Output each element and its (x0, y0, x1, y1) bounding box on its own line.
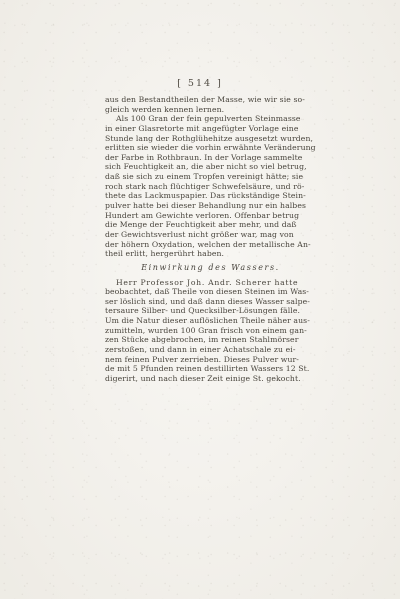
page-number: [ 514 ] (0, 78, 400, 89)
text-line: zerstoßen, und dann in einer Achatschale… (105, 345, 316, 355)
text-line: nem feinen Pulver zerrieben. Dieses Pulv… (105, 355, 316, 365)
text-line: roch stark nach flüchtiger Schwefelsäure… (105, 182, 316, 192)
text-line: pulver hatte bei dieser Behandlung nur e… (105, 201, 316, 211)
text-line: digerirt, und nach dieser Zeit einige St… (105, 374, 316, 384)
text-line: theil erlitt, hergerührt haben. (105, 249, 316, 259)
text-line: Als 100 Gran der fein gepulverten Steinm… (105, 114, 316, 124)
text-line: thete das Lackmuspapier. Das rückständig… (105, 191, 316, 201)
text-line: der höhern Oxydation, welchen der metall… (105, 240, 316, 250)
text-line: der Farbe in Rothbraun. In der Vorlage s… (105, 153, 316, 163)
paragraph-water-action: Herr Professor Joh. Andr. Scherer hatte … (105, 278, 316, 384)
text-line: sich Feuchtigkeit an, die aber nicht so … (105, 162, 316, 172)
text-line: daß sie sich zu einem Tropfen vereinigt … (105, 172, 316, 182)
text-line: de mit 5 Pfunden reinen destillirten Was… (105, 364, 316, 374)
text-line: Um die Natur dieser auflöslichen Theile … (105, 316, 316, 326)
text-line: zumitteln, wurden 100 Gran frisch von ei… (105, 326, 316, 336)
paragraph-calcination: Als 100 Gran der fein gepulverten Steinm… (105, 114, 316, 259)
paragraph-continuation: aus den Bestandtheilen der Masse, wie wi… (105, 95, 316, 114)
text-line: tersaure Silber- und Quecksilber-Lösunge… (105, 306, 316, 316)
text-line: aus den Bestandtheilen der Masse, wie wi… (105, 95, 316, 105)
text-line: erlitten sie wieder die vorhin erwähnte … (105, 143, 316, 153)
text-line: Stunde lang der Rothglühehitze ausgesetz… (105, 134, 316, 144)
text-line: der Gewichtsverlust nicht größer war, ma… (105, 230, 316, 240)
text-line: Hundert am Gewichte verloren. Offenbar b… (105, 211, 316, 221)
text-block: aus den Bestandtheilen der Masse, wie wi… (105, 95, 316, 384)
scanned-book-page: [ 514 ] aus den Bestandtheilen der Masse… (0, 0, 400, 599)
section-heading: Einwirkung des Wassers. (105, 263, 316, 273)
text-line: beobachtet, daß Theile von diesen Steine… (105, 287, 316, 297)
text-line: die Menge der Feuchtigkeit aber mehr, un… (105, 220, 316, 230)
text-line: in einer Glasretorte mit angefügter Vorl… (105, 124, 316, 134)
text-line: ser löslich sind, und daß dann dieses Wa… (105, 297, 316, 307)
text-line: zen Stücke abgebrochen, im reinen Stahlm… (105, 335, 316, 345)
text-line: gleich werden kennen lernen. (105, 105, 316, 115)
text-line: Herr Professor Joh. Andr. Scherer hatte (105, 278, 316, 288)
